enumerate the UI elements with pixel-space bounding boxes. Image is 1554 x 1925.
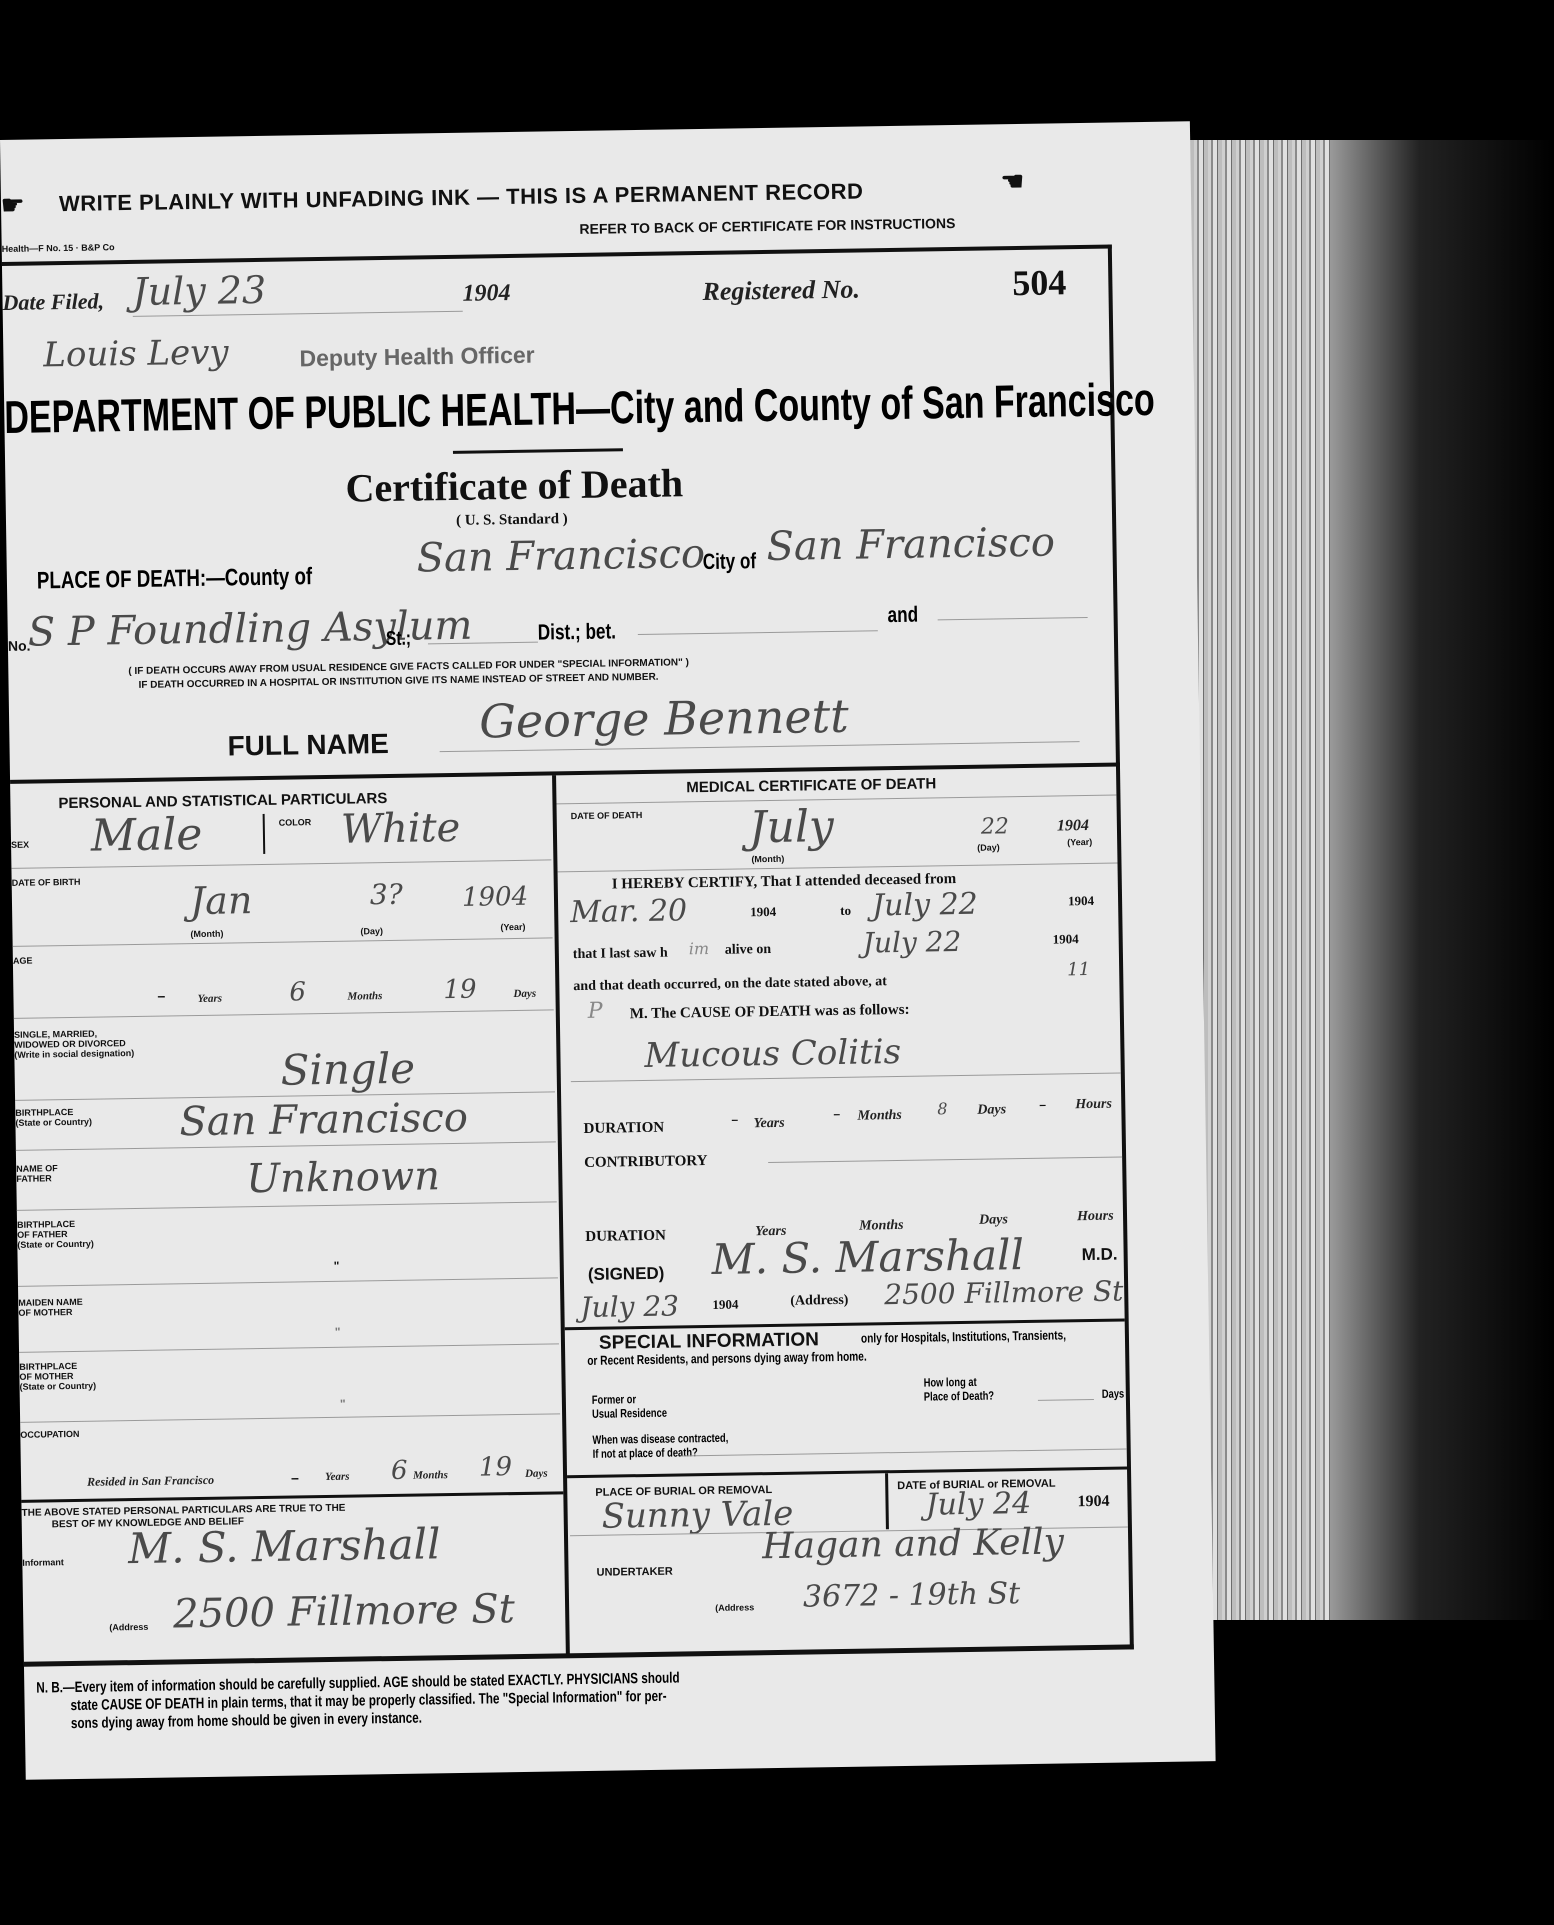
dod-month: July (748, 801, 834, 853)
color-value: White (341, 805, 461, 853)
informant-address: 2500 Fillmore St (173, 1586, 515, 1637)
registered-label: Registered No. (702, 275, 860, 307)
duration-days: 8 (937, 1099, 947, 1118)
dob-day-caption: (Day) (360, 926, 383, 936)
hour-value: 11 (1067, 959, 1090, 980)
registered-number: 504 (1012, 261, 1067, 304)
how-long-line (1038, 1399, 1094, 1401)
cause-value: Mucous Colitis (644, 1032, 901, 1076)
father-bp-value: " (334, 1259, 340, 1273)
how-long-label-2: Place of Death? (924, 1389, 994, 1404)
undertaker-address-label: (Address (715, 1602, 754, 1613)
special-note-2: or Recent Residents, and persons dying a… (587, 1349, 867, 1368)
how-long-days-label: Days (1102, 1386, 1125, 1400)
dod-label: DATE OF DEATH (571, 810, 643, 821)
duration-hours: – (1039, 1098, 1046, 1112)
age-days-caption: Days (513, 988, 536, 1000)
banner: WRITE PLAINLY WITH UNFADING INK — THIS I… (59, 178, 864, 217)
right-border (1108, 245, 1134, 1650)
officer-signature: Louis Levy (43, 332, 229, 375)
undertaker-address: 3672 - 19th St (803, 1576, 1021, 1614)
resided-days: 19 (479, 1452, 513, 1483)
full-name-value: George Bennett (479, 689, 849, 749)
duration-years: – (731, 1113, 738, 1127)
contracted-label-1: When was disease contracted, (592, 1431, 728, 1447)
pointing-hand-left-icon: ☚ (1001, 166, 1025, 197)
color-label: COLOR (279, 817, 312, 828)
street-label: St.; (386, 628, 411, 651)
district-label: Dist.; bet. (538, 618, 617, 645)
row-line (17, 1201, 557, 1210)
age-years-caption: Years (197, 993, 222, 1005)
md-label: M.D. (1081, 1245, 1117, 1266)
last-saw-date: July 22 (862, 925, 961, 960)
burial-divider (885, 1473, 889, 1529)
header-rule (2, 245, 1112, 266)
attended-to: July 22 (872, 887, 978, 924)
attended-to-year: 1904 (1068, 893, 1094, 909)
certificate-subtitle: ( U. S. Standard ) (456, 511, 568, 530)
attended-from: Mar. 20 (570, 893, 687, 930)
row-line (556, 795, 1116, 805)
mother-label-2: OF MOTHER (18, 1307, 72, 1318)
officer-title: Deputy Health Officer (299, 342, 535, 373)
row-line (558, 863, 1118, 873)
duration-hours-caption: Hours (1075, 1097, 1112, 1114)
date-filed-value: July 23 (132, 268, 266, 314)
duration-days-caption: Days (977, 1102, 1006, 1118)
informant-label: Informant (22, 1557, 64, 1568)
city-value: San Francisco (766, 519, 1055, 570)
row-line (18, 1277, 558, 1286)
special-note-1: only for Hospitals, Institutions, Transi… (861, 1327, 1066, 1345)
row-line (14, 1009, 554, 1018)
duration2-days-caption: Days (979, 1212, 1008, 1228)
dod-year: 1904 (1057, 817, 1089, 836)
medical-address-label: (Address) (790, 1293, 848, 1310)
resided-years: – (291, 1469, 299, 1485)
department-heading: DEPARTMENT OF PUBLIC HEALTH—City and Cou… (4, 372, 1155, 444)
mother-bp-label-3: (State or Country) (20, 1381, 97, 1392)
burial-year: 1904 (1077, 1493, 1109, 1512)
dob-day: 3? (370, 878, 403, 912)
certificate-title: Certificate of Death (345, 459, 683, 511)
marital-value: Single (280, 1044, 415, 1095)
title-rule (453, 448, 623, 454)
city-label: City of (703, 548, 757, 575)
to-label: to (840, 903, 851, 919)
former-residence-label-1: Former or (592, 1392, 636, 1407)
pointing-hand-icon: ☛ (1, 190, 25, 221)
age-years: – (157, 988, 165, 1004)
signed-label: (SIGNED) (588, 1264, 665, 1285)
dod-day: 22 (981, 814, 1009, 839)
undertaker-value: Hagan and Kelly (762, 1521, 1064, 1567)
age-months-caption: Months (347, 990, 382, 1003)
mother-bp-value: " (340, 1397, 346, 1411)
place-of-death-label: PLACE OF DEATH:—County of (37, 563, 313, 595)
death-certificate: ☛ WRITE PLAINLY WITH UNFADING INK — THIS… (0, 121, 1216, 1779)
dob-month-caption: (Month) (190, 929, 223, 940)
age-months: 6 (289, 977, 306, 1007)
meridiem-value: P (588, 999, 603, 1024)
age-days: 19 (443, 975, 477, 1006)
medical-heading: MEDICAL CERTIFICATE OF DEATH (686, 775, 936, 796)
dob-label: DATE OF BIRTH (12, 877, 81, 888)
row-line (20, 1413, 560, 1422)
column-divider (552, 775, 570, 1655)
attest-rule (21, 1491, 563, 1503)
sex-value: Male (91, 809, 203, 862)
cause-label: M. The CAUSE OF DEATH was as follows: (630, 1002, 910, 1023)
last-saw-label: that I last saw h (573, 946, 668, 963)
informant-address-label: (Address (109, 1622, 148, 1633)
duration-months-caption: Months (857, 1108, 902, 1125)
row-line (19, 1343, 559, 1352)
county-value: San Francisco (416, 531, 705, 582)
informant-value: M. S. Marshall (128, 1519, 441, 1573)
how-long-label-1: How long at (924, 1375, 977, 1390)
mother-label-1: MAIDEN NAME (18, 1297, 83, 1308)
contributory-line (768, 1157, 1122, 1164)
burial-rule (567, 1466, 1127, 1478)
and-line (938, 617, 1088, 620)
signed-date: July 23 (580, 1289, 679, 1324)
bottom-rule (24, 1644, 1134, 1666)
contracted-line (681, 1448, 1127, 1456)
duration-months: – (833, 1107, 840, 1121)
undertaker-label: UNDERTAKER (596, 1566, 672, 1579)
age-label: AGE (13, 956, 33, 966)
last-saw-year: 1904 (1053, 931, 1079, 947)
resided-months: 6 (391, 1456, 408, 1486)
former-residence-label-2: Usual Residence (592, 1406, 667, 1421)
row-line (13, 937, 553, 946)
occupation-label: OCCUPATION (20, 1429, 79, 1440)
dob-month: Jan (190, 878, 253, 923)
personal-heading: PERSONAL AND STATISTICAL PARTICULARS (58, 790, 387, 812)
birthplace-value: San Francisco (179, 1095, 468, 1146)
occurred-label: and that death occurred, on the date sta… (573, 974, 887, 995)
sex-label: SEX (11, 840, 29, 850)
contributory-label: CONTRIBUTORY (584, 1153, 708, 1172)
duration-label: DURATION (583, 1120, 664, 1138)
mother-value: " (335, 1325, 341, 1339)
date-filed-year: 1904 (462, 280, 510, 308)
birthplace-label-2: (State or Country) (15, 1117, 92, 1128)
dod-month-caption: (Month) (751, 854, 784, 865)
refer-instructions: REFER TO BACK OF CERTIFICATE FOR INSTRUC… (579, 215, 955, 237)
resided-label: Resided in San Francisco (87, 1473, 214, 1490)
duration-years-caption: Years (753, 1116, 784, 1132)
resided-years-caption: Years (325, 1471, 350, 1483)
signed-year: 1904 (712, 1297, 738, 1313)
father-label-1: NAME OF (16, 1163, 58, 1174)
burial-date-value: July 24 (925, 1486, 1031, 1523)
father-value: Unknown (246, 1153, 440, 1202)
dod-year-caption: (Year) (1067, 837, 1092, 847)
dob-year-caption: (Year) (500, 922, 525, 932)
ledger-binding-shadow (1330, 140, 1554, 1780)
district-line (638, 630, 878, 635)
duration2-hours-caption: Hours (1077, 1209, 1114, 1226)
and-label: and (887, 602, 918, 628)
alive-on-label: alive on (725, 942, 772, 959)
date-filed-label: Date Filed, (2, 288, 104, 316)
last-saw-gender: im (689, 939, 710, 958)
father-bp-label-3: (State or Country) (17, 1239, 94, 1250)
medical-address: 2500 Fillmore St (884, 1274, 1124, 1311)
duration2-label: DURATION (585, 1228, 666, 1246)
dod-day-caption: (Day) (977, 842, 1000, 852)
marital-label-3: (Write in social designation) (14, 1048, 134, 1060)
full-name-label: FULL NAME (227, 728, 389, 763)
attended-from-year: 1904 (750, 904, 776, 920)
form-number: Health—F No. 15 · B&P Co (2, 242, 115, 254)
section-rule (10, 762, 1120, 783)
contracted-label-2: If not at place of death? (593, 1445, 698, 1461)
resided-days-caption: Days (525, 1468, 548, 1480)
dob-year: 1904 (462, 882, 529, 913)
sex-color-divider (263, 814, 266, 854)
father-label-2: FATHER (16, 1173, 51, 1184)
resided-months-caption: Months (413, 1469, 448, 1482)
